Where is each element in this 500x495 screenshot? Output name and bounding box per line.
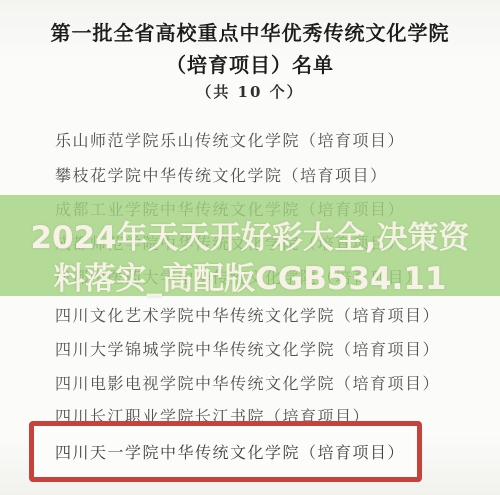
count-note: （共 10 个） (0, 81, 500, 102)
list-item: 攀枝花学院中华传统文化学院（培育项目） (55, 163, 388, 186)
watermark-text-line2: 料落实_高配版CGB534.11 (0, 253, 500, 298)
list-item: 四川文化艺术学院中华传统文化学院（培育项目） (55, 303, 440, 326)
highlighted-list-item: 四川天一学院中华传统文化学院（培育项目） (34, 440, 405, 463)
document-title-line2: （培育项目）名单 (0, 49, 500, 78)
document-title-line1: 第一批全省高校重点中华优秀传统文化学院 (0, 17, 500, 46)
watermark-text-line1: 2024年天天开好彩大全,决策资 (0, 212, 500, 257)
document-page: 第一批全省高校重点中华优秀传统文化学院 （培育项目）名单 （共 10 个） 乐山… (0, 0, 500, 495)
list-item: 四川大学锦城学院中华传统文化学院（培育项目） (55, 337, 440, 360)
list-item: 乐山师范学院乐山传统文化学院（培育项目） (55, 128, 405, 151)
highlight-box: 四川天一学院中华传统文化学院（培育项目） (29, 421, 422, 482)
list-item: 四川电影电视学院中华传统文化学院（培育项目） (55, 371, 440, 394)
